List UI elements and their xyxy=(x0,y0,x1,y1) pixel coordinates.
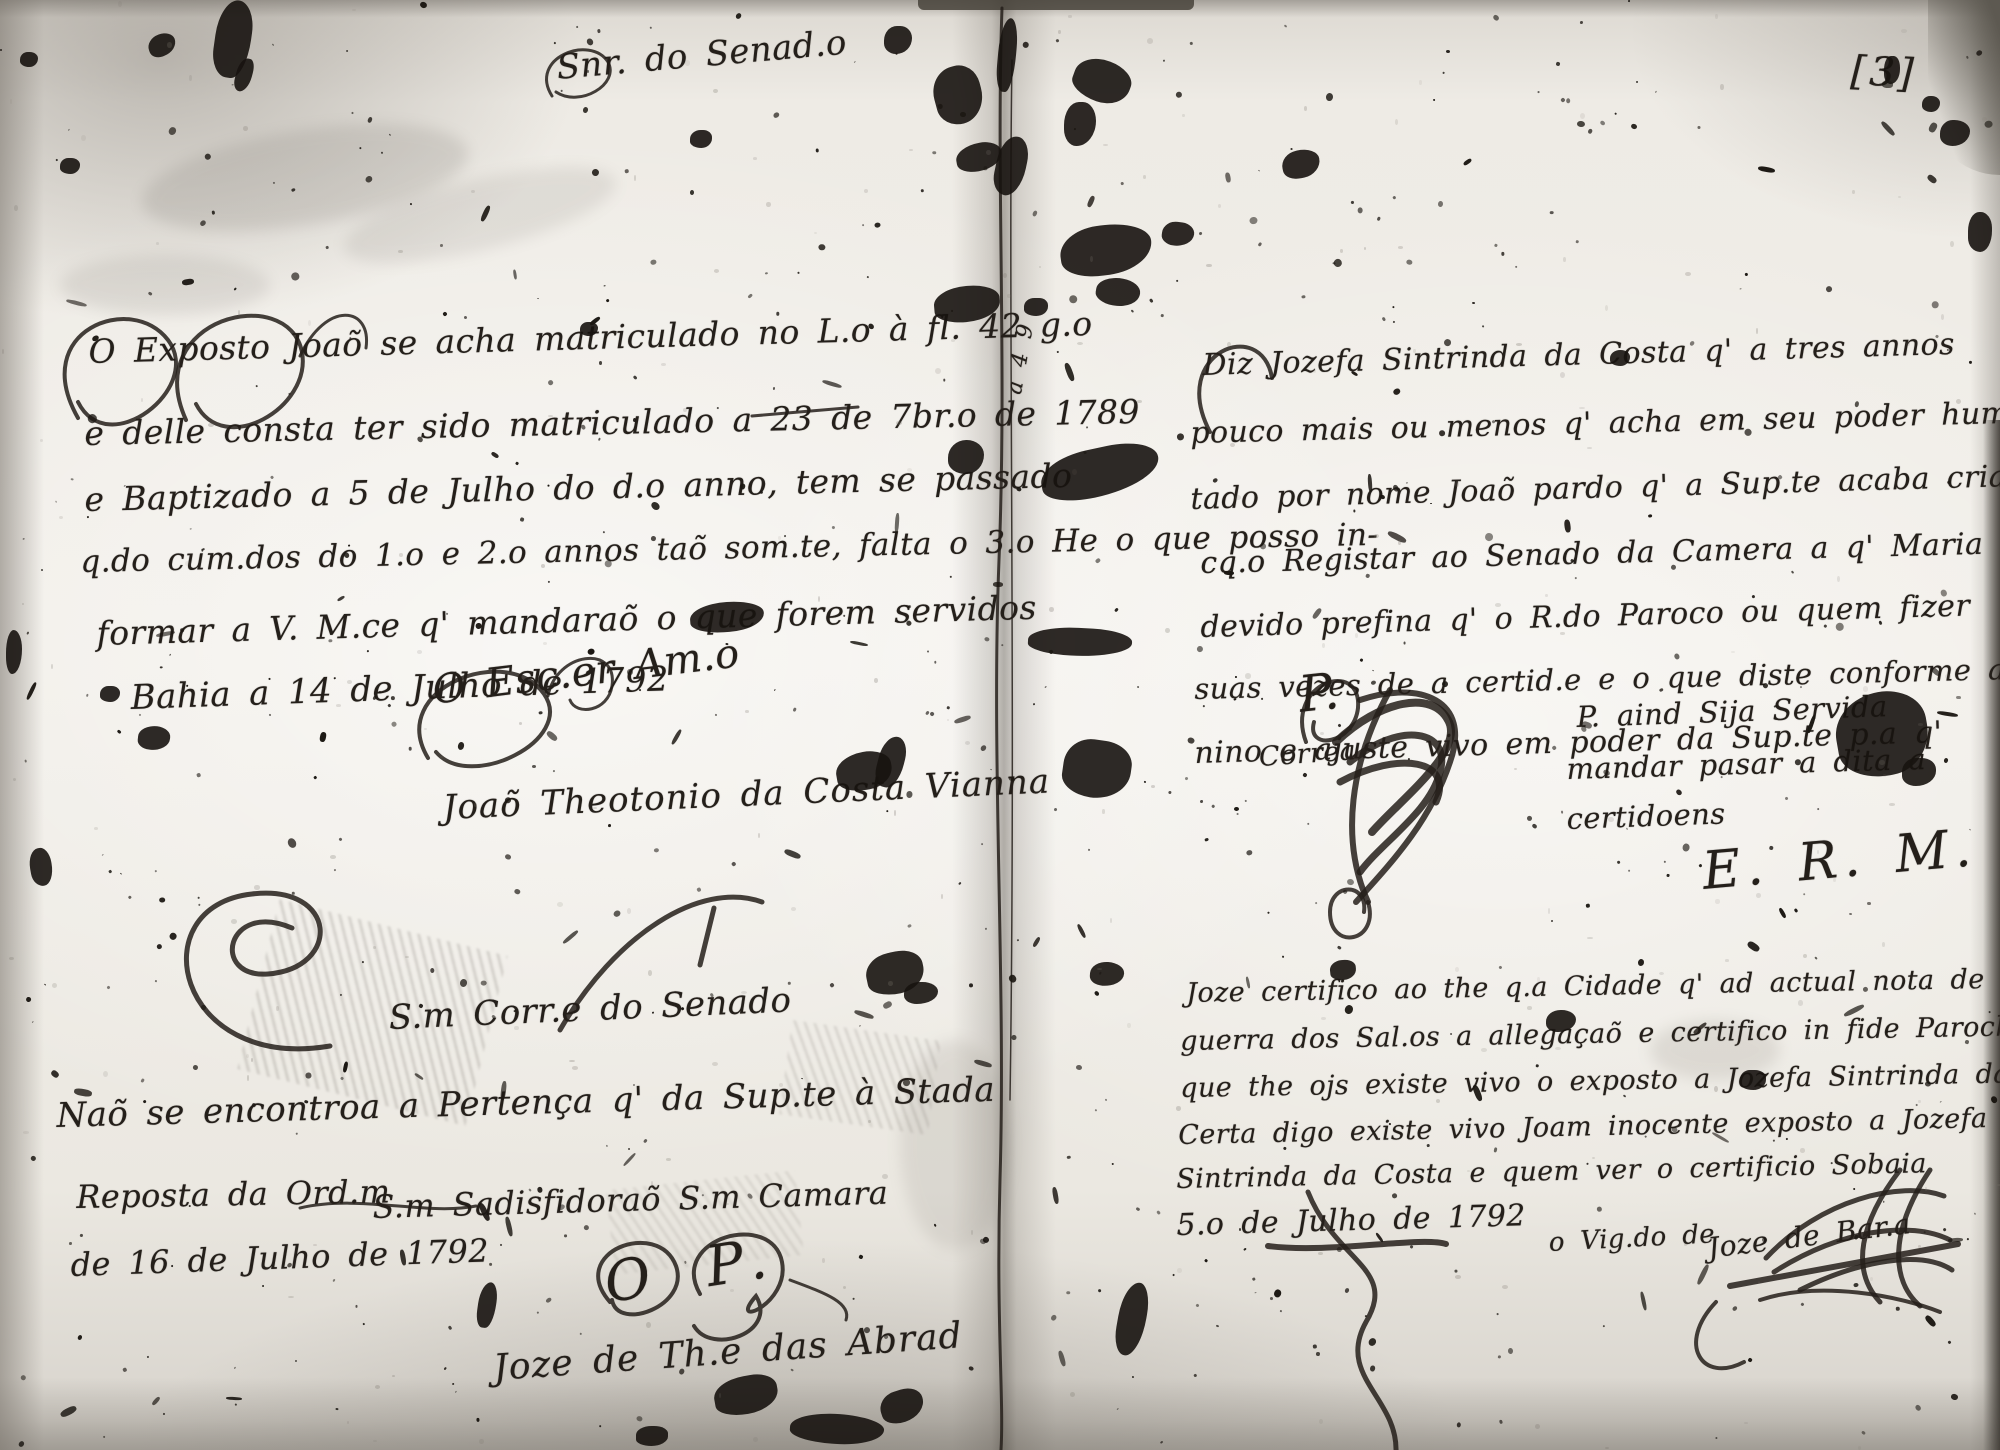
ink-speck xyxy=(636,1415,643,1422)
paper-grain-speck xyxy=(479,1439,484,1444)
paper-grain-speck xyxy=(1714,1086,1718,1092)
ink-blot xyxy=(1089,961,1125,987)
paper-grain-speck xyxy=(238,310,240,316)
paper-grain-speck xyxy=(375,1385,380,1389)
ink-speck xyxy=(815,148,818,153)
ink-speck xyxy=(539,711,543,715)
ink-speck xyxy=(1149,298,1153,303)
paper-grain-speck xyxy=(1097,968,1102,970)
ink-speck xyxy=(103,1436,106,1439)
ink-speck xyxy=(198,903,201,906)
paper-grain-speck xyxy=(986,150,991,155)
ink-speck xyxy=(123,1367,128,1372)
paper-grain-speck xyxy=(1918,1100,1921,1103)
ink-fleck xyxy=(1057,1350,1066,1367)
ink-fleck xyxy=(337,595,345,602)
ink-speck xyxy=(1258,170,1260,172)
ink-speck xyxy=(1499,965,1503,969)
ink-speck xyxy=(102,854,104,856)
ink-speck xyxy=(500,1244,503,1247)
paper-grain-speck xyxy=(1151,785,1155,788)
ink-speck xyxy=(1675,788,1683,796)
ink-speck xyxy=(1617,860,1621,864)
paper-grain-speck xyxy=(1945,674,1951,679)
paper-grain-speck xyxy=(1235,495,1241,500)
ink-speck xyxy=(32,1021,34,1023)
ink-speck xyxy=(1861,1430,1866,1435)
ink-speck xyxy=(235,1403,237,1406)
ink-speck xyxy=(1291,148,1293,150)
ink-speck xyxy=(1556,62,1561,67)
ink-speck xyxy=(1508,1348,1514,1354)
paper-grain-speck xyxy=(941,894,943,899)
ink-blot xyxy=(690,130,712,148)
paper-grain-speck xyxy=(1889,803,1895,806)
ink-speck xyxy=(292,892,295,895)
ink-speck xyxy=(1245,800,1247,802)
decision-line: S.m Sadisfidoraõ S.m Camara xyxy=(372,1174,889,1226)
ink-fleck xyxy=(491,451,500,459)
paper-grain-speck xyxy=(1803,954,1807,958)
paper-grain-speck xyxy=(1545,594,1548,597)
ink-speck xyxy=(1825,285,1833,293)
ink-blot xyxy=(1057,219,1155,281)
petition-line: tado por nome Joaõ pardo q' a Sup.te aca… xyxy=(1190,458,2000,517)
paper-grain-speck xyxy=(167,42,172,48)
ink-speck xyxy=(160,666,163,669)
paper-grain-speck xyxy=(1606,482,1612,487)
paper-grain-speck xyxy=(1340,249,1343,253)
paper-grain-speck xyxy=(352,9,356,11)
ink-speck xyxy=(1824,624,1828,628)
ink-fleck xyxy=(226,1397,242,1401)
ink-speck xyxy=(1094,990,1100,996)
paper-grain-speck xyxy=(246,1054,249,1058)
ink-speck xyxy=(1674,653,1681,660)
ink-fleck xyxy=(1076,923,1086,938)
ink-blot xyxy=(884,26,912,54)
ink-speck xyxy=(943,379,945,382)
paper-grain-speck xyxy=(1495,603,1501,607)
ink-speck xyxy=(1883,1201,1884,1203)
ink-speck xyxy=(1943,758,1948,764)
paper-grain-speck xyxy=(9,957,14,960)
ink-speck xyxy=(25,996,32,1003)
paper-grain-speck xyxy=(59,516,63,519)
ink-speck xyxy=(921,189,924,193)
ink-blot xyxy=(789,1411,885,1447)
ink-speck xyxy=(1538,91,1540,93)
ink-speck xyxy=(1121,182,1124,185)
ink-speck xyxy=(1456,1422,1461,1428)
ink-speck xyxy=(632,375,637,380)
ink-speck xyxy=(1160,1440,1164,1444)
ink-speck xyxy=(127,895,132,900)
ink-speck xyxy=(1325,93,1333,102)
ink-blot xyxy=(1094,274,1142,309)
ink-speck xyxy=(1940,1101,1942,1103)
ink-fleck xyxy=(151,1396,161,1406)
ink-speck xyxy=(1615,113,1617,115)
paper-grain-speck xyxy=(1906,342,1910,346)
ink-speck xyxy=(608,824,611,828)
date-underline xyxy=(1268,1242,1446,1248)
ink-speck xyxy=(1794,908,1799,913)
paper-grain-speck xyxy=(1685,272,1691,276)
ink-speck xyxy=(599,1425,602,1428)
ink-speck xyxy=(1495,244,1498,247)
ink-speck xyxy=(476,623,482,629)
ink-speck xyxy=(1956,696,1961,700)
ink-speck xyxy=(1803,893,1805,896)
ink-speck xyxy=(332,1279,335,1283)
ink-speck xyxy=(1560,97,1565,102)
ink-speck xyxy=(1235,676,1237,678)
ink-fleck xyxy=(26,682,38,701)
signature-rubric xyxy=(1760,1291,1940,1312)
paper-grain-speck xyxy=(661,363,666,366)
ink-speck xyxy=(41,569,43,571)
ink-speck xyxy=(1967,1238,1969,1240)
ink-speck xyxy=(296,1133,298,1135)
ink-blot xyxy=(711,1371,781,1420)
ink-speck xyxy=(1270,1297,1273,1300)
paper-grain-speck xyxy=(935,368,941,374)
ink-speck xyxy=(1055,39,1059,43)
ink-fleck xyxy=(1564,519,1572,533)
rubric-scribble xyxy=(1336,703,1451,832)
ink-speck xyxy=(190,528,192,530)
ink-blot xyxy=(1112,1280,1152,1358)
ink-speck xyxy=(1575,577,1577,579)
ink-fleck xyxy=(854,1009,875,1020)
paper-grain-speck xyxy=(330,855,336,859)
ink-speck xyxy=(1068,294,1079,305)
ink-speck xyxy=(765,272,768,275)
ink-speck xyxy=(1849,913,1852,915)
ink-speck xyxy=(197,773,201,777)
paper-grain-speck xyxy=(1077,342,1083,345)
rubric-scribble xyxy=(1356,693,1455,902)
ink-speck xyxy=(346,50,349,53)
certificate-line: que the ojs existe vivo o exposto a Joze… xyxy=(1180,1059,2000,1104)
paper-grain-speck xyxy=(753,1437,758,1442)
paper-grain-speck xyxy=(1068,15,1072,18)
paper-grain-speck xyxy=(1901,29,1907,33)
ink-speck xyxy=(651,536,656,541)
ink-speck xyxy=(295,1360,297,1362)
ink-fleck xyxy=(1882,81,1893,88)
procurator-signature: Joze de Th.e das Abrad xyxy=(492,1315,964,1389)
ink-speck xyxy=(201,1005,207,1011)
ink-speck xyxy=(1249,216,1258,224)
paper-grain-speck xyxy=(868,1120,871,1123)
paper-grain-speck xyxy=(1587,937,1593,939)
paper-grain-speck xyxy=(276,1006,279,1011)
paper-grain-speck xyxy=(336,704,341,707)
ink-speck xyxy=(612,909,621,918)
paper-grain-speck xyxy=(1455,481,1459,487)
ink-speck xyxy=(156,943,162,949)
paper-grain-speck xyxy=(1684,1243,1687,1246)
scan-corner-shadow xyxy=(1928,0,2000,175)
ink-speck xyxy=(858,1254,864,1259)
ink-speck xyxy=(548,485,550,487)
ink-speck xyxy=(1406,259,1413,265)
ink-speck xyxy=(169,654,171,656)
ink-speck xyxy=(180,628,184,632)
ink-fleck xyxy=(1224,571,1234,576)
ink-fleck xyxy=(1696,1264,1710,1286)
ink-speck xyxy=(1740,288,1742,290)
ink-speck xyxy=(1137,686,1140,689)
paper-grain-speck xyxy=(1744,1422,1748,1424)
ink-speck xyxy=(1814,957,1817,960)
ink-speck xyxy=(1561,811,1563,814)
ink-blot xyxy=(1024,298,1048,316)
ink-speck xyxy=(1176,433,1184,440)
ink-speck xyxy=(391,721,397,727)
ink-speck xyxy=(1497,1313,1499,1315)
paper-grain-speck xyxy=(766,202,771,207)
ink-speck xyxy=(583,1224,590,1231)
paper-grain-speck xyxy=(1206,264,1212,267)
ink-fleck xyxy=(1758,166,1776,174)
ink-speck xyxy=(1391,1193,1398,1199)
ink-speck xyxy=(1392,306,1395,309)
ink-fleck xyxy=(1463,158,1473,167)
petition-line: Diz Jozefa Sintrinda da Costa q' a tres … xyxy=(1202,327,1955,383)
ink-speck xyxy=(1715,1437,1718,1440)
ink-speck xyxy=(715,714,718,717)
ink-speck xyxy=(1493,1147,1497,1152)
ink-speck xyxy=(1586,904,1590,908)
ink-speck xyxy=(927,651,929,653)
ink-fleck xyxy=(1063,362,1075,382)
paper-grain-speck xyxy=(634,175,636,181)
ink-fleck xyxy=(545,730,558,742)
ink-speck xyxy=(168,126,178,136)
ink-speck xyxy=(430,968,435,973)
paper-grain-speck xyxy=(543,642,547,645)
ink-speck xyxy=(1698,126,1701,129)
paper-grain-speck xyxy=(514,1026,519,1030)
ink-speck xyxy=(1163,60,1165,62)
ink-speck xyxy=(55,501,57,503)
ink-speck xyxy=(419,1,428,9)
paper-grain-speck xyxy=(874,678,878,683)
paper-grain-speck xyxy=(1898,196,1901,198)
ink-speck xyxy=(1628,0,1631,3)
paper-grain-speck xyxy=(947,719,949,721)
paper-grain-speck xyxy=(1072,469,1077,475)
certificate-line: Sintrinda da Costa e quem ver o certific… xyxy=(1176,1148,1927,1195)
ink-speck xyxy=(155,870,157,872)
paper-grain-speck xyxy=(843,1286,846,1289)
paper-grain-speck xyxy=(557,902,563,907)
ink-speck xyxy=(1732,1305,1738,1311)
ink-speck xyxy=(1185,777,1189,781)
ink-speck xyxy=(599,361,602,365)
ink-speck xyxy=(934,661,936,664)
closing-formula: E. R. M. xyxy=(1700,818,1979,902)
ink-speck xyxy=(1282,956,1285,959)
ink-speck xyxy=(363,1323,365,1325)
ink-speck xyxy=(1365,1315,1367,1317)
ink-speck xyxy=(1067,1156,1071,1160)
paper-grain-speck xyxy=(907,468,912,472)
paper-grain-speck xyxy=(1941,314,1944,320)
ink-speck xyxy=(650,27,652,29)
ink-speck xyxy=(1368,1337,1378,1347)
decision-line: Naõ se encontroa a Pertença q' da Sup.te… xyxy=(56,1070,996,1136)
paper-grain-speck xyxy=(1608,817,1614,822)
ink-speck xyxy=(886,810,889,812)
ink-speck xyxy=(862,224,865,226)
paper-grain-speck xyxy=(1143,175,1146,179)
ink-speck xyxy=(1342,889,1348,895)
paper-grain-speck xyxy=(666,1158,671,1161)
paper-grain-speck xyxy=(909,149,913,151)
paper-grain-speck xyxy=(424,728,427,730)
ink-blot xyxy=(145,30,179,60)
ink-speck xyxy=(969,983,973,988)
paper-grain-speck xyxy=(1319,1419,1323,1424)
ink-speck xyxy=(1636,81,1639,84)
paper-grain-speck xyxy=(1313,369,1316,373)
ink-fleck xyxy=(822,379,842,389)
ink-speck xyxy=(788,982,791,985)
paper-grain-speck xyxy=(712,1062,718,1066)
ink-speck xyxy=(286,837,298,850)
ink-speck xyxy=(1268,912,1270,914)
ink-speck xyxy=(548,581,550,583)
ink-speck xyxy=(605,560,612,567)
ink-speck xyxy=(1252,1277,1256,1281)
ink-speck xyxy=(71,478,74,481)
ink-speck xyxy=(455,1391,457,1393)
paper-grain-speck xyxy=(1870,1277,1873,1281)
ink-speck xyxy=(1794,759,1801,765)
paper-grain-speck xyxy=(1758,1281,1760,1284)
ink-speck xyxy=(1481,325,1484,328)
ink-speck xyxy=(1923,1231,1926,1234)
paper-grain-speck xyxy=(118,1,122,7)
ink-speck xyxy=(1406,482,1408,484)
ink-blot xyxy=(1740,1070,1766,1090)
ink-speck xyxy=(1112,1163,1114,1165)
ink-fleck xyxy=(1746,940,1761,953)
ink-speck xyxy=(684,1261,687,1264)
signature-loop xyxy=(1696,1302,1744,1368)
paper-grain-speck xyxy=(791,907,796,911)
ink-speck xyxy=(747,293,753,299)
ink-speck xyxy=(1786,1138,1788,1140)
ink-blot xyxy=(27,846,55,887)
ink-speck xyxy=(1599,120,1606,127)
paper-grain-speck xyxy=(1110,918,1112,923)
rubric-scribble xyxy=(1352,690,1390,902)
paper-grain-speck xyxy=(1852,190,1855,194)
ink-speck xyxy=(605,299,609,303)
paper-grain-speck xyxy=(1230,443,1235,447)
ink-speck xyxy=(1443,72,1445,74)
ink-blot xyxy=(137,724,171,751)
paper-grain-speck xyxy=(52,983,57,988)
ink-speck xyxy=(1351,201,1355,204)
ink-fleck xyxy=(50,1069,60,1079)
paper-grain-speck xyxy=(1605,1447,1609,1449)
ink-speck xyxy=(1131,309,1134,312)
paper-grain-speck xyxy=(347,1421,349,1424)
paper-grain-speck xyxy=(1563,257,1566,262)
paper-grain-speck xyxy=(745,710,749,713)
ink-fleck xyxy=(882,1000,893,1010)
ink-speck xyxy=(690,190,695,195)
ink-speck xyxy=(1628,870,1630,872)
ink-speck xyxy=(1105,1099,1107,1101)
ink-speck xyxy=(1377,216,1381,221)
ink-speck xyxy=(326,246,329,249)
ink-speck xyxy=(1587,1163,1589,1165)
paper-grain-speck xyxy=(1731,651,1735,653)
ink-blot xyxy=(20,52,38,67)
ink-speck xyxy=(1664,861,1666,863)
ink-speck xyxy=(23,538,25,540)
ink-speck xyxy=(1403,642,1405,645)
ink-speck xyxy=(553,770,555,772)
paper-grain-speck xyxy=(1398,246,1403,249)
ink-speck xyxy=(829,982,835,987)
ink-speck xyxy=(1190,42,1193,45)
ink-speck xyxy=(56,159,58,161)
ink-speck xyxy=(86,694,89,697)
ink-speck xyxy=(597,29,601,34)
ink-speck xyxy=(554,42,556,44)
paper-grain-speck xyxy=(103,1071,108,1077)
ink-speck xyxy=(628,1148,631,1151)
ink-speck xyxy=(1817,808,1820,811)
ink-speck xyxy=(1098,1289,1102,1293)
paper-grain-speck xyxy=(1863,686,1868,692)
ink-speck xyxy=(1353,510,1356,513)
ink-speck xyxy=(697,887,702,893)
paper-grain-speck xyxy=(864,189,868,193)
ink-blot xyxy=(475,1281,499,1329)
ink-speck xyxy=(1054,808,1058,812)
paper-grain-speck xyxy=(519,722,522,725)
ink-blot xyxy=(6,630,22,674)
ink-speck xyxy=(1409,1245,1413,1249)
paper-grain-speck xyxy=(1535,1424,1540,1429)
ink-speck xyxy=(1969,361,1972,364)
ink-speck xyxy=(1204,1259,1208,1263)
paper-grain-speck xyxy=(1516,343,1522,346)
paper-grain-speck xyxy=(1715,14,1718,19)
ink-speck xyxy=(1156,1210,1161,1215)
ink-speck xyxy=(147,1356,150,1359)
ink-speck xyxy=(1655,91,1657,93)
paper-grain-speck xyxy=(81,135,86,141)
ink-speck xyxy=(117,730,122,734)
ink-speck xyxy=(169,932,178,941)
paper-grain-speck xyxy=(1560,632,1565,635)
ink-speck xyxy=(1577,121,1585,128)
ink-speck xyxy=(1336,1246,1343,1253)
ink-speck xyxy=(1597,1206,1603,1212)
ink-fleck xyxy=(1948,1238,1963,1243)
ink-blot xyxy=(100,686,120,702)
